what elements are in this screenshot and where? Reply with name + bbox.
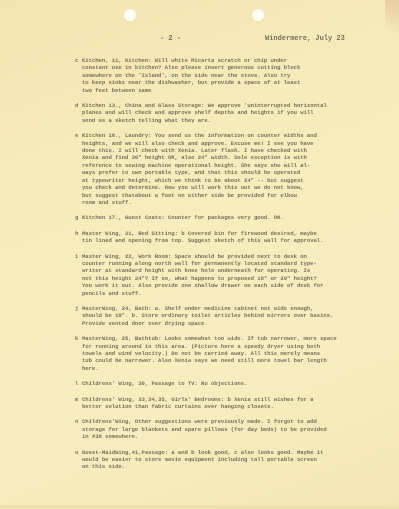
- item-letter: k: [75, 335, 78, 342]
- item-letter: l: [75, 380, 78, 387]
- item-letter: j: [75, 305, 78, 312]
- list-item: c Kitchen, 11, Kitchen: Will white Micar…: [75, 57, 375, 94]
- item-letter: c: [75, 57, 78, 64]
- item-text: Childrens'Wing, Other suggestions were p…: [82, 418, 375, 440]
- letter-header: - 2 - Windermere, July 23: [0, 35, 399, 47]
- item-letter: i: [75, 253, 78, 260]
- list-item: o Guest-MaidWing,41,Passage: a and b loo…: [75, 449, 375, 471]
- item-letter: h: [75, 230, 78, 237]
- item-text: Master Wing, 21, Bed Sitting: b Covered …: [82, 230, 375, 245]
- item-text: Kitchen 16., Laundry: You send us the in…: [82, 132, 375, 206]
- item-letter: m: [75, 396, 78, 403]
- list-item: m Childrens' Wing, 33,34,35, Girls' Bedr…: [75, 396, 375, 411]
- item-text: Childrens' Wing, 30, Passage to TV: No o…: [82, 380, 375, 387]
- punch-hole: [252, 9, 264, 21]
- item-letter: d: [75, 102, 78, 109]
- item-letter: e: [75, 132, 78, 139]
- list-item: j MasterWing, 24, Bath: a. Shelf under m…: [75, 305, 375, 327]
- list-item: g Kitchen 17., Guest Coats: Counter for …: [75, 214, 375, 221]
- item-text: Guest-MaidWing,41,Passage: a and b look …: [82, 449, 375, 471]
- page-number: - 2 -: [160, 35, 181, 43]
- list-item: n Childrens'Wing, Other suggestions were…: [75, 418, 375, 440]
- dateline: Windermere, July 23: [265, 35, 345, 43]
- item-list: c Kitchen, 11, Kitchen: Will white Micar…: [75, 57, 375, 479]
- item-text: Kitchen 17., Guest Coats: Counter for pa…: [82, 214, 375, 221]
- list-item: k MasterWing, 25, Bathtub: Looks somewha…: [75, 335, 375, 372]
- item-text: Childrens' Wing, 33,34,35, Girls' Bedroo…: [82, 396, 375, 411]
- item-text: Master Wing, 22, Work Room: Space should…: [82, 253, 375, 297]
- item-text: Kitchen 13., China and Glass Storage: We…: [82, 102, 375, 124]
- item-text: MasterWing, 25, Bathtub: Looks somewhat …: [82, 335, 375, 372]
- list-item: l Childrens' Wing, 30, Passage to TV: No…: [75, 380, 375, 387]
- list-item: i Master Wing, 22, Work Room: Space shou…: [75, 253, 375, 297]
- punch-hole: [124, 9, 136, 21]
- item-text: Kitchen, 11, Kitchen: Will white Micarta…: [82, 57, 375, 94]
- item-letter: n: [75, 418, 78, 425]
- typewritten-letter-page: - 2 - Windermere, July 23 c Kitchen, 11,…: [0, 0, 399, 509]
- paper-corner-shadow: [385, 0, 399, 40]
- paper-bottom-edge: [0, 505, 399, 509]
- item-letter: g: [75, 214, 78, 221]
- item-text: MasterWing, 24, Bath: a. Shelf under med…: [82, 305, 375, 327]
- list-item: d Kitchen 13., China and Glass Storage: …: [75, 102, 375, 124]
- item-letter: o: [75, 449, 78, 456]
- list-item: h Master Wing, 21, Bed Sitting: b Covere…: [75, 230, 375, 245]
- list-item: e Kitchen 16., Laundry: You send us the …: [75, 132, 375, 206]
